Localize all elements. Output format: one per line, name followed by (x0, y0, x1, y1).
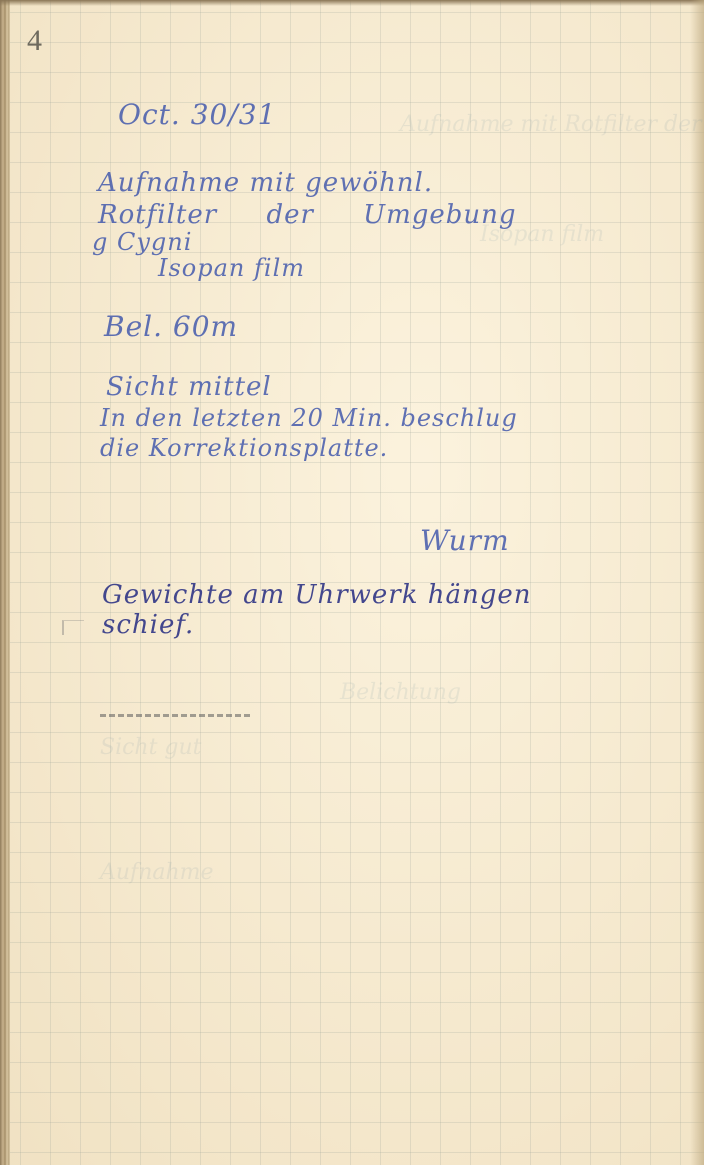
bleedthrough-line: Aufnahme mit Rotfilter der Umgebung (400, 112, 704, 137)
entry-line: Rotfilter der Umgebung (98, 200, 517, 230)
note-line: Gewichte am Uhrwerk hängen (102, 580, 532, 610)
notebook-page: Aufnahme mit Rotfilter der Umgebung Isop… (0, 0, 704, 1165)
entry-line: g Cygni (92, 228, 192, 256)
entry-line: In den letzten 20 Min. beschlug (100, 404, 518, 432)
page-number: 4 (27, 24, 42, 58)
bleedthrough-line: Aufnahme (100, 860, 214, 885)
entry-date: Oct. 30/31 (118, 98, 276, 131)
page-binding (0, 0, 10, 1165)
pencil-mark (100, 714, 250, 717)
entry-line: Sicht mittel (106, 372, 272, 402)
bleedthrough-line: Belichtung (340, 680, 461, 705)
page-top-edge (0, 0, 704, 6)
signature: Wurm (420, 524, 510, 557)
page-right-edge (690, 0, 704, 1165)
entry-line: die Korrektionsplatte. (100, 434, 388, 462)
entry-line: Aufnahme mit gewöhnl. (98, 168, 433, 198)
entry-line: Isopan film (158, 254, 305, 282)
exposure-line: Bel. 60m (104, 310, 238, 343)
pencil-smudge (62, 620, 84, 635)
note-line: schief. (102, 610, 194, 640)
bleedthrough-line: Sicht gut (100, 735, 202, 760)
